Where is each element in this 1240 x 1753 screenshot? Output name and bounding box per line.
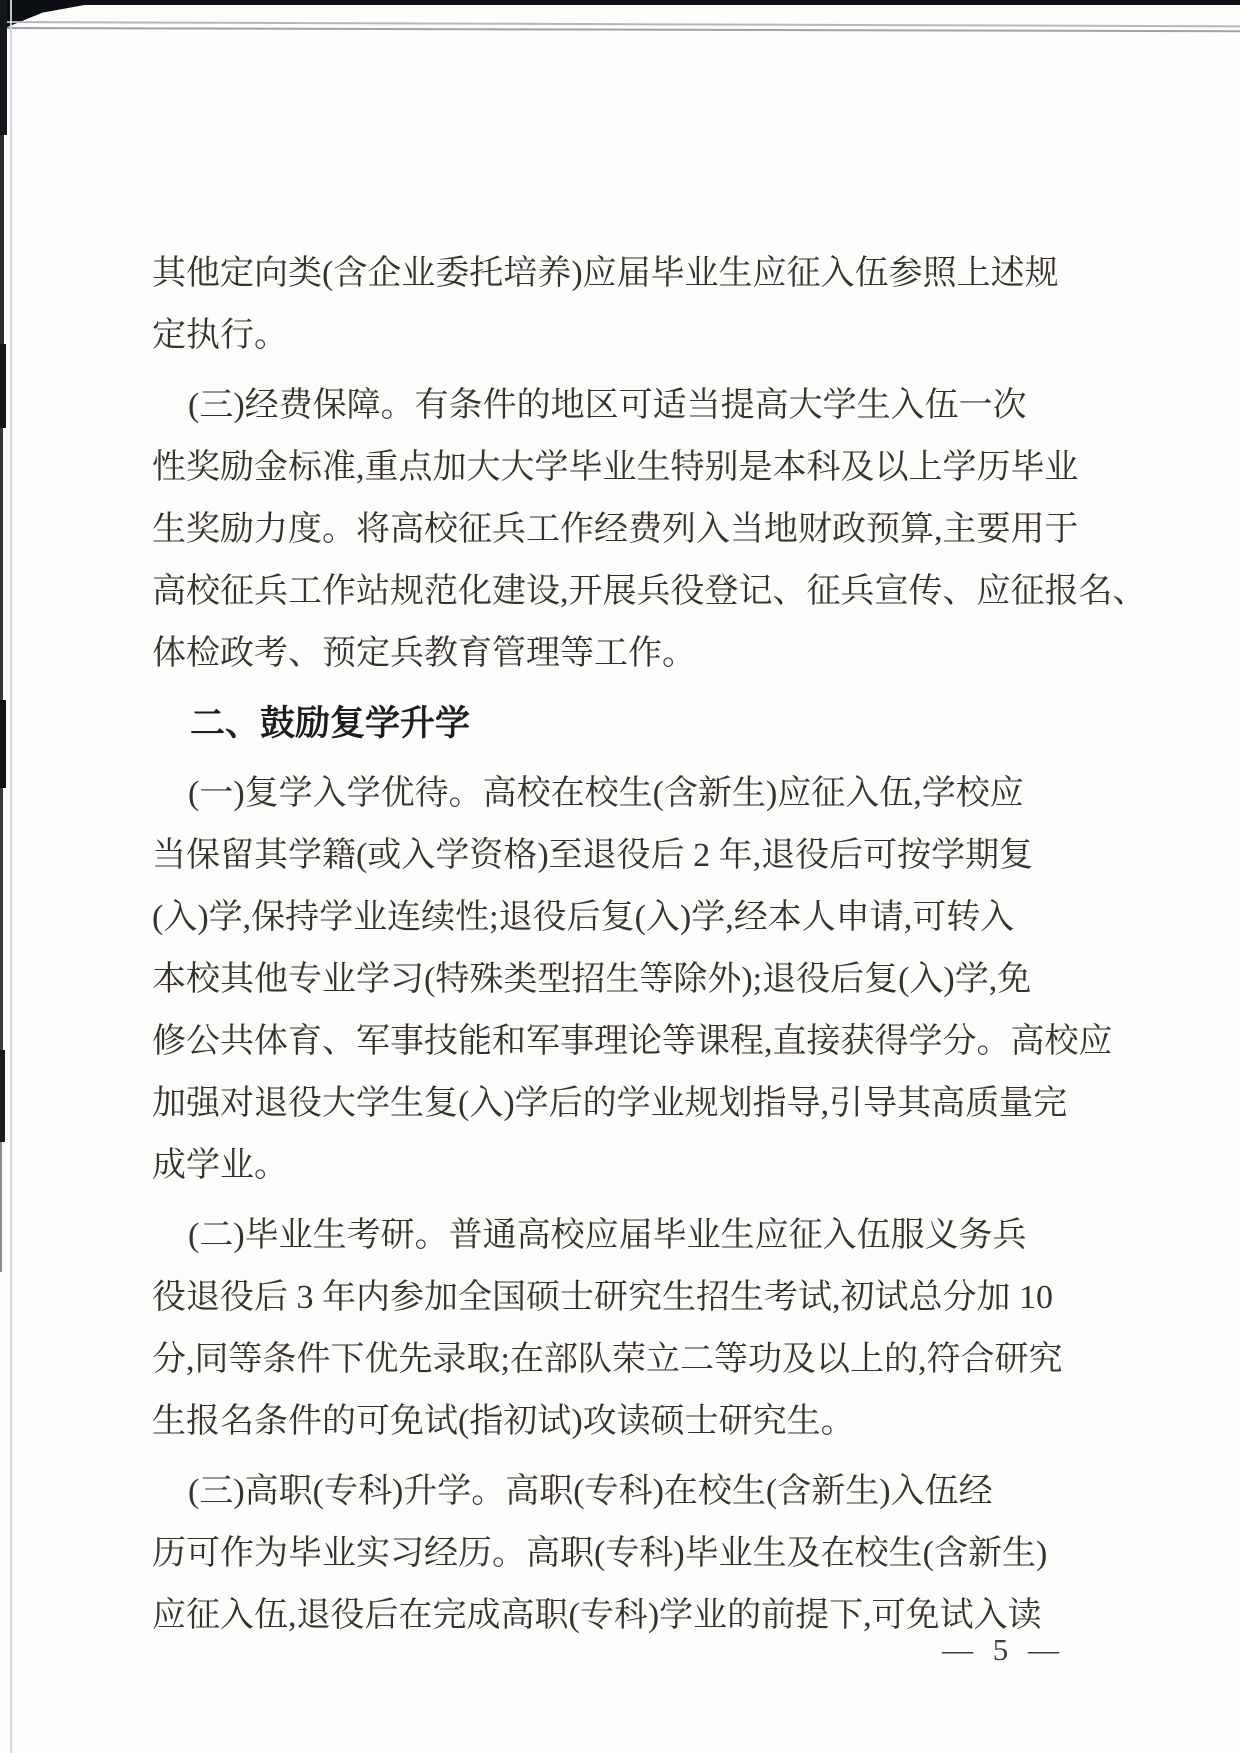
text-line: 其他定向类(含企业委托培养)应届毕业生应征入伍参照上述规 bbox=[152, 243, 1087, 305]
text-line: 成学业。 bbox=[152, 1135, 1087, 1197]
scan-artifact-left-strip bbox=[0, 1050, 5, 1142]
text-line: 加强对退役大学生复(入)学后的学业规划指导,引导其高质量完 bbox=[152, 1073, 1087, 1135]
section-heading: 二、鼓励复学升学 bbox=[152, 693, 1087, 755]
text-line: 本校其他专业学习(特殊类型招生等除外);退役后复(入)学,免 bbox=[152, 949, 1087, 1011]
text-line: 性奖励金标准,重点加大大学毕业生特别是本科及以上学历毕业 bbox=[152, 437, 1087, 499]
text-line: 历可作为毕业实习经历。高职(专科)毕业生及在校生(含新生) bbox=[152, 1523, 1087, 1585]
scan-artifact-top-bar bbox=[0, 0, 1240, 5]
scan-artifact-fold-line bbox=[10, 0, 12, 1753]
scan-artifact-top-rule-2 bbox=[0, 27, 1240, 32]
text-line: 高校征兵工作站规范化建设,开展兵役登记、征兵宣传、应征报名、 bbox=[152, 561, 1087, 623]
text-line: 定执行。 bbox=[152, 305, 1087, 367]
text-line: 生奖励力度。将高校征兵工作经费列入当地财政预算,主要用于 bbox=[152, 499, 1087, 561]
text-line: 当保留其学籍(或入学资格)至退役后 2 年,退役后可按学期复 bbox=[152, 825, 1087, 887]
text-line: 体检政考、预定兵教育管理等工作。 bbox=[152, 623, 1087, 685]
text-line: (三)高职(专科)升学。高职(专科)在校生(含新生)入伍经 bbox=[152, 1461, 1087, 1523]
scanned-page: 其他定向类(含企业委托培养)应届毕业生应征入伍参照上述规定执行。(三)经费保障。… bbox=[0, 0, 1240, 1753]
text-line: 分,同等条件下优先录取;在部队荣立二等功及以上的,符合研究 bbox=[152, 1329, 1087, 1391]
scan-artifact-left-strip bbox=[0, 344, 6, 428]
text-line: (三)经费保障。有条件的地区可适当提高大学生入伍一次 bbox=[152, 375, 1087, 437]
text-line: (二)毕业生考研。普通高校应届毕业生应征入伍服义务兵 bbox=[152, 1205, 1087, 1267]
scan-artifact-left-strip bbox=[0, 788, 3, 1050]
document-body: 其他定向类(含企业委托培养)应届毕业生应征入伍参照上述规定执行。(三)经费保障。… bbox=[152, 243, 1087, 1647]
text-line: 修公共体育、军事技能和军事理论等课程,直接获得学分。高校应 bbox=[152, 1011, 1087, 1073]
text-line: (一)复学入学优待。高校在校生(含新生)应征入伍,学校应 bbox=[152, 763, 1087, 825]
scan-artifact-left-strip bbox=[0, 700, 6, 788]
scan-artifact-left-strip bbox=[0, 0, 7, 135]
scan-artifact-left-strip bbox=[0, 135, 4, 350]
text-line: (入)学,保持学业连续性;退役后复(入)学,经本人申请,可转入 bbox=[152, 887, 1087, 949]
page-number: — 5 — bbox=[942, 1632, 1102, 1668]
scan-artifact-left-strip bbox=[0, 428, 3, 700]
scan-artifact-left-strip bbox=[0, 1142, 2, 1272]
text-line: 役退役后 3 年内参加全国硕士研究生招生考试,初试总分加 10 bbox=[152, 1267, 1087, 1329]
text-line: 生报名条件的可免试(指初试)攻读硕士研究生。 bbox=[152, 1391, 1087, 1453]
scan-artifact-top-rule bbox=[0, 21, 1240, 27]
